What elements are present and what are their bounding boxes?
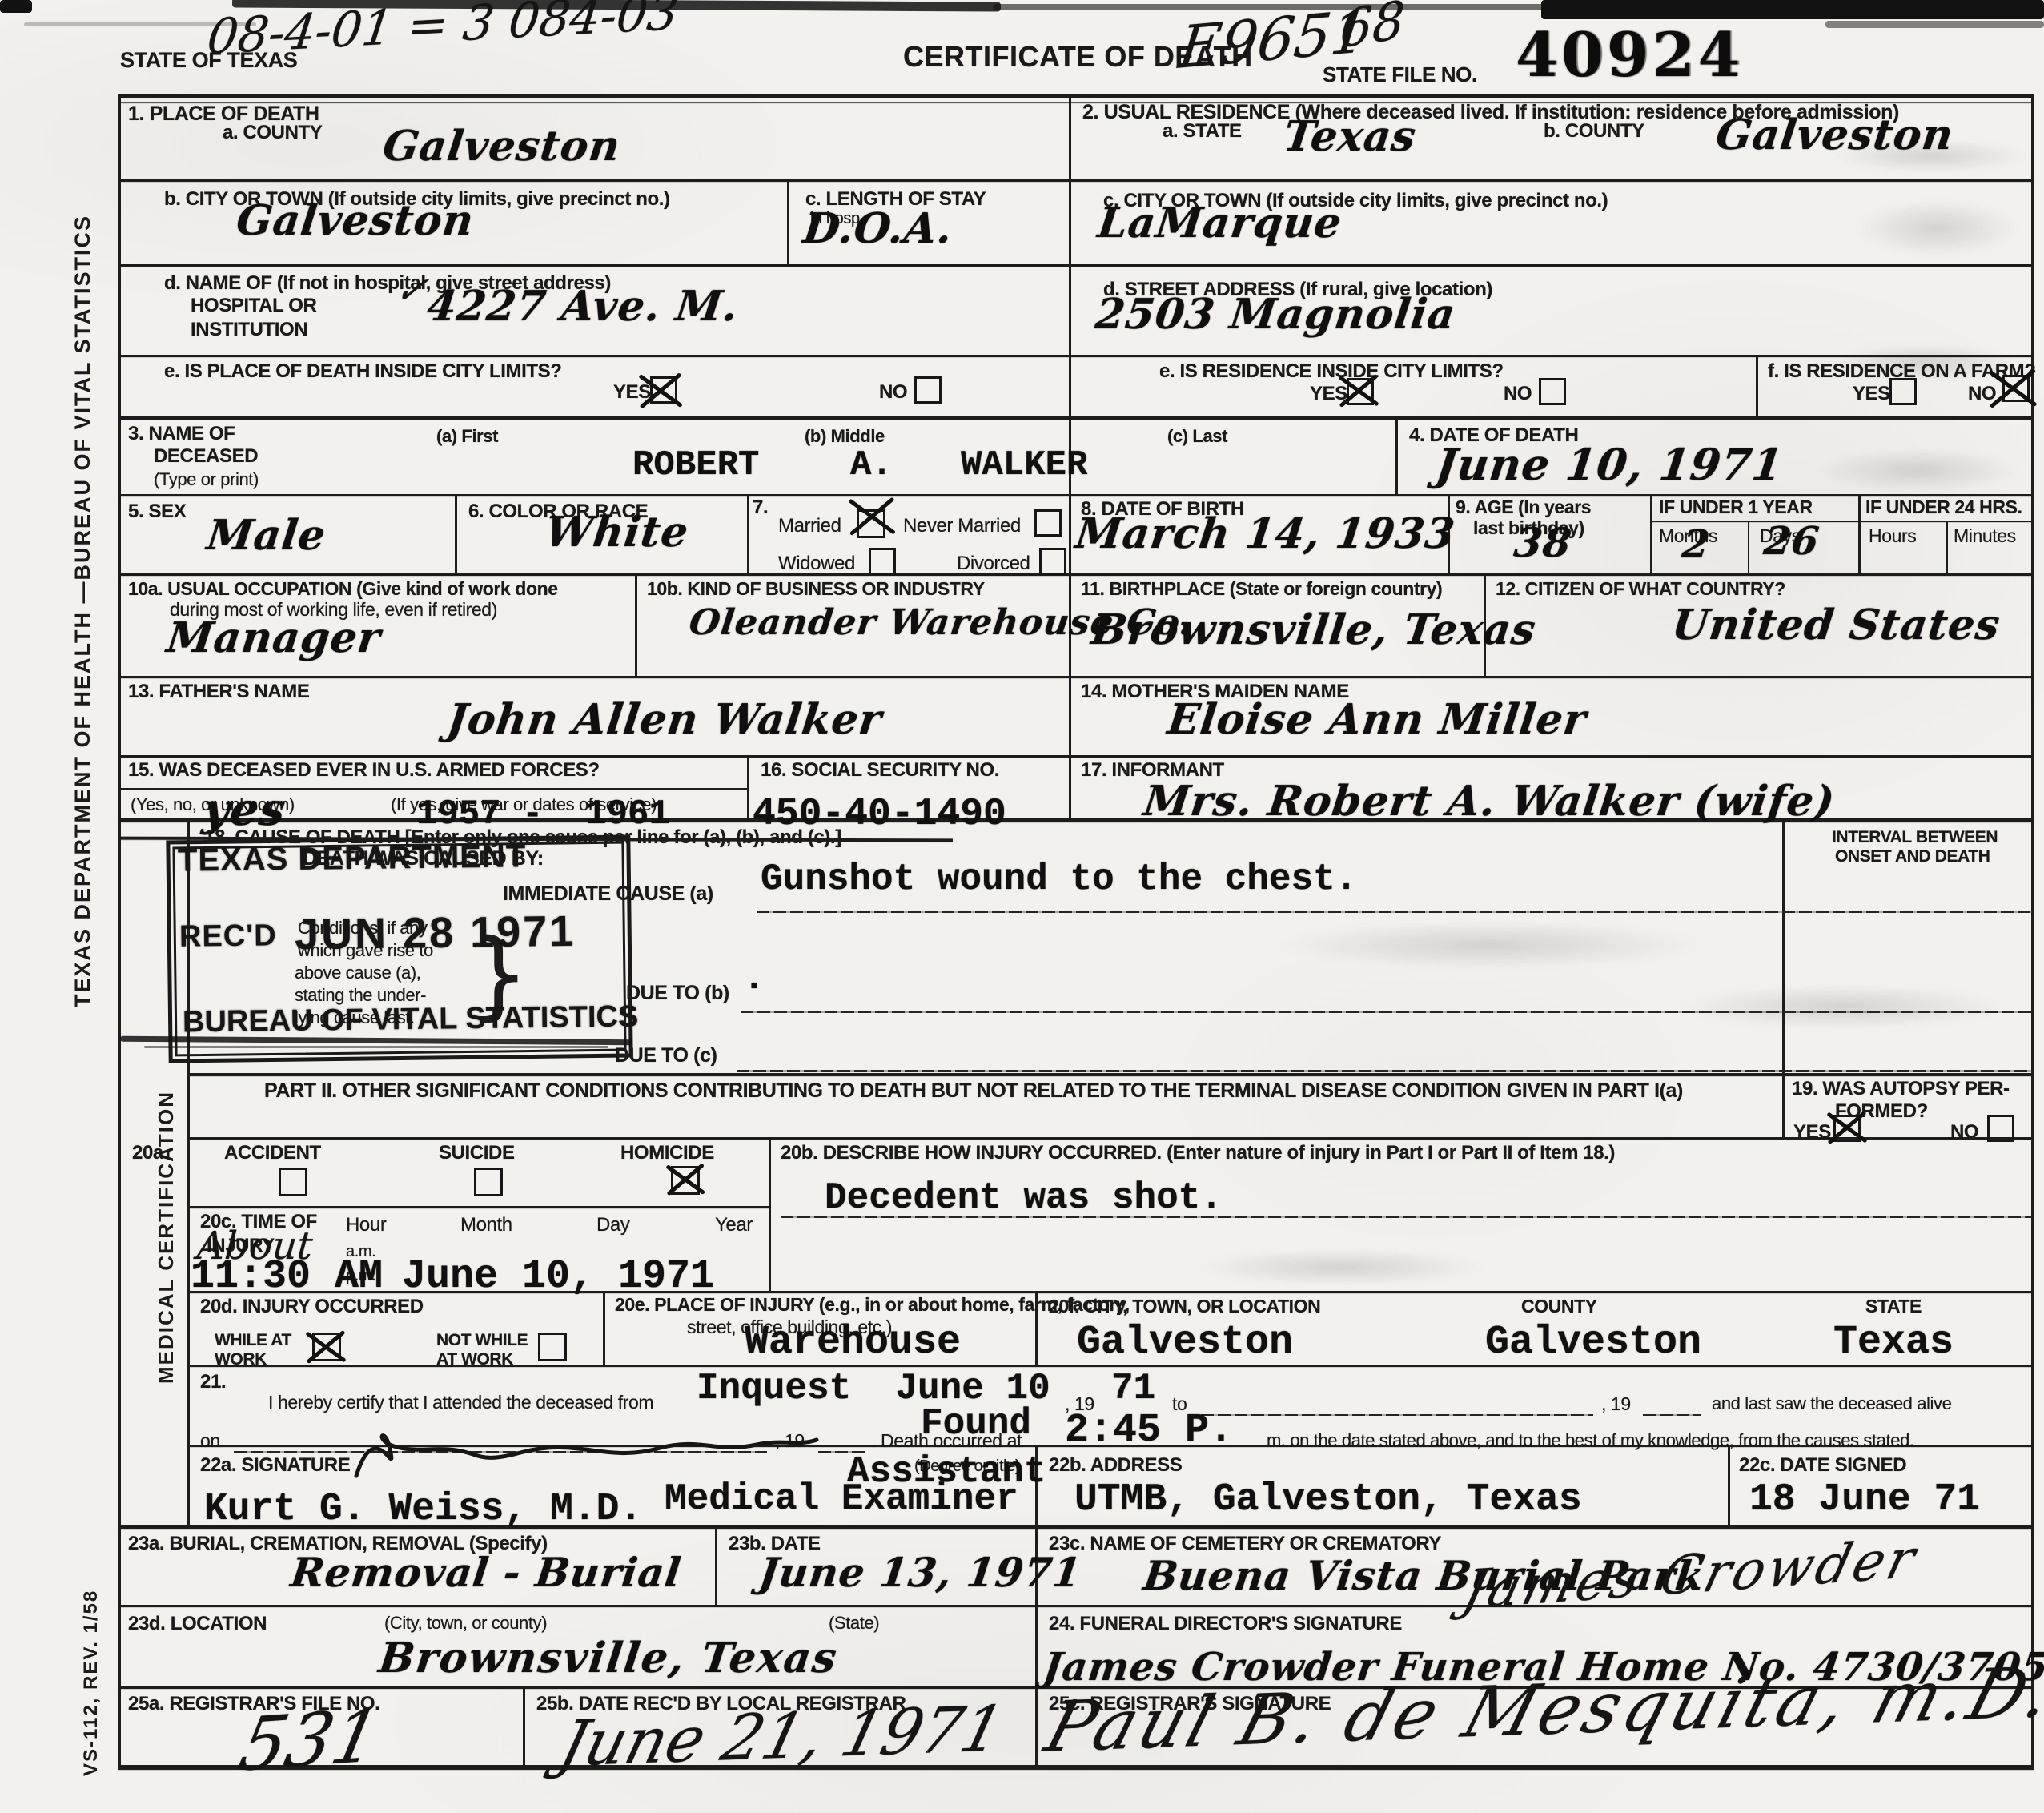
sex-value: Male (204, 511, 329, 560)
date-of-death-value: June 10, 1971 (1433, 439, 1786, 490)
certify-num: 21. (200, 1371, 226, 1393)
armed-forces-label: 15. WAS DECEASED EVER IN U.S. ARMED FORC… (128, 759, 600, 782)
minutes-label: Minutes (1954, 525, 2016, 547)
res-limits-no-checkbox (1539, 378, 1566, 405)
stamp-texas-department: TEXAS DEPARTMENT (178, 838, 527, 878)
rule (118, 1605, 2034, 1607)
form-border-top (118, 94, 2034, 98)
divider (715, 1525, 717, 1605)
autopsy-yes-label: YES (1793, 1121, 1831, 1144)
fill-line-20b (781, 1216, 2032, 1218)
race-value: White (543, 508, 692, 557)
autopsy-yes-xmark (1827, 1107, 1867, 1148)
rule (118, 676, 2034, 678)
accident-label: ACCIDENT (224, 1142, 321, 1164)
fill-line-a (757, 911, 2032, 913)
never-married-label: Never Married (903, 515, 1021, 537)
not-while-label1: NOT WHILE (436, 1331, 528, 1350)
marital-label: 7. (753, 496, 768, 519)
divider (1035, 1605, 1038, 1686)
res-street-value: 2503 Magnolia (1093, 290, 1459, 339)
autopsy-no-checkbox (1987, 1115, 2014, 1142)
stamp-bureau: BUREAU OF VITAL STATISTICS (183, 1000, 639, 1040)
fill-line-b (741, 1011, 2032, 1013)
mother-value: Eloise Ann Miller (1165, 695, 1589, 744)
length-of-stay-value: D.O.A. (801, 204, 956, 253)
fill-line (1201, 1414, 1593, 1416)
certify-tail2: m. on the date stated above, and to the … (1267, 1430, 1914, 1451)
under-24-hrs-label: IF UNDER 24 HRS. (1865, 496, 2022, 518)
registrar-file-value: 531 (232, 1693, 388, 1788)
divider (747, 494, 749, 573)
married-label: Married (778, 515, 841, 537)
examiner-name: Kurt G. Weiss, M.D. (204, 1488, 642, 1531)
date-signed-value: 18 June 71 (1749, 1478, 1980, 1522)
scan-smudge (1541, 0, 2044, 19)
res-county-value: Galveston (1713, 111, 1956, 159)
divider (1035, 1686, 1038, 1765)
bleedthrough-smudge (1857, 200, 2018, 256)
rule (118, 355, 2034, 357)
certify-19b: , 19 (1601, 1393, 1631, 1415)
address-label: 22b. ADDRESS (1049, 1454, 1182, 1477)
divider (747, 755, 749, 818)
accident-checkbox (279, 1168, 307, 1196)
time-of-injury-value: 11:30 AM (191, 1254, 383, 1300)
injury-occurred-label: 20d. INJURY OCCURRED (200, 1296, 424, 1318)
stamp-date: JUN 28 1971 (295, 906, 576, 959)
occupation-value: Manager (164, 613, 384, 662)
burial-date-value: June 13, 1971 (757, 1549, 1084, 1596)
injury-state-value: Texas (1833, 1320, 1954, 1365)
address-value: UTMB, Galveston, Texas (1074, 1478, 1582, 1522)
citizen-value: United States (1669, 601, 2003, 649)
burial-location-sub1: (City, town, or county) (384, 1613, 547, 1634)
burial-location-label: 23d. LOCATION (128, 1613, 267, 1635)
hospital-label3: INSTITUTION (191, 319, 307, 341)
date-of-injury-value: June 10, 1971 (402, 1254, 714, 1300)
part2-label: PART II. OTHER SIGNIFICANT CONDITIONS CO… (264, 1079, 1683, 1103)
found-value: Found (921, 1403, 1031, 1445)
rule (118, 755, 2034, 758)
form-number-vertical-label: VS-112, REV. 1/58 (80, 1590, 102, 1776)
describe-injury-value: Decedent was shot. (825, 1177, 1223, 1219)
death-certificate-scan: STATE OF TEXAS 08-4-01 = 3 084-03 CERTIF… (0, 0, 2044, 1813)
business-label: 10b. KIND OF BUSINESS OR INDUSTRY (647, 578, 985, 600)
funeral-director-signature: James Crowder (1457, 1527, 1925, 1622)
divider (1748, 521, 1749, 573)
state-file-no-label: STATE FILE NO. (1323, 62, 1477, 87)
form-border-left (118, 94, 121, 1768)
last-name-value: WALKER (961, 445, 1087, 485)
place-of-injury-value: Warehouse (745, 1320, 961, 1365)
father-label: 13. FATHER'S NAME (128, 681, 310, 703)
hospital-label2: HOSPITAL OR (191, 295, 316, 317)
father-value: John Allen Walker (444, 695, 885, 744)
ssn-label: 16. SOCIAL SECURITY NO. (761, 759, 999, 782)
first-name-value: ROBERT (632, 445, 759, 485)
pod-limits-no-label: NO (879, 381, 907, 404)
burial-location-value: Brownsville, Texas (376, 1634, 841, 1682)
divider (1946, 521, 1948, 573)
suicide-checkbox (474, 1168, 503, 1196)
month-label: Month (460, 1214, 512, 1236)
pod-limits-label: e. IS PLACE OF DEATH INSIDE CITY LIMITS? (164, 360, 562, 383)
divider (635, 573, 637, 676)
fill-line (1643, 1414, 1701, 1416)
sex-label: 5. SEX (128, 500, 186, 523)
bleedthrough-smudge (1281, 921, 1697, 969)
res-county-label: b. COUNTY (1544, 120, 1644, 143)
rule (118, 573, 2034, 576)
handwritten-code: 08-4-01 = 3 084-03 (204, 0, 681, 66)
res-state-value: Texas (1281, 112, 1419, 161)
burial-value: Removal - Burial (288, 1549, 684, 1596)
bleedthrough-smudge (1681, 985, 2002, 1029)
res-city-value: LaMarque (1095, 199, 1345, 247)
bleedthrough-smudge (1817, 448, 2018, 492)
attended-year-value: 71 (1111, 1368, 1155, 1409)
first-name-label: (a) First (436, 426, 498, 447)
homicide-xmark (666, 1160, 705, 1200)
date-signed-label: 22c. DATE SIGNED (1739, 1454, 1906, 1477)
injury-city-label: 20f. CITY, TOWN, OR LOCATION (1049, 1296, 1320, 1317)
injury-20a-num: 20a. (132, 1142, 168, 1164)
scan-smudge (0, 0, 32, 13)
married-xmark (849, 492, 895, 541)
form-border-right (2031, 94, 2034, 1768)
scan-smudge (1825, 21, 2044, 28)
bleedthrough-smudge (1201, 1249, 1481, 1285)
interval-label1: INTERVAL BETWEEN (1832, 828, 1998, 847)
under-1-year-label: IF UNDER 1 YEAR (1659, 496, 1813, 518)
res-limits-yes-xmark (1339, 370, 1379, 412)
res-farm-yes-label: YES (1853, 383, 1890, 405)
rule (118, 179, 2034, 182)
stamp-smudge (144, 1046, 608, 1048)
name-label2: DECEASED (154, 445, 258, 468)
divider (1395, 416, 1398, 494)
certify-tail1: and last saw the deceased alive (1712, 1393, 1951, 1414)
day-label: Day (596, 1214, 629, 1236)
dept-vertical-label: TEXAS DEPARTMENT OF HEALTH —BUREAU OF VI… (70, 215, 95, 1007)
state-file-number: 40924 (1516, 19, 1743, 90)
signature-label: 22a. SIGNATURE (200, 1454, 350, 1477)
pod-city-value: Galveston (234, 196, 476, 245)
divider (1756, 355, 1758, 416)
suicide-label: SUICIDE (439, 1142, 515, 1164)
not-while-checkbox (538, 1333, 567, 1361)
pod-limits-no-checkbox (914, 376, 942, 404)
citizen-label: 12. CITIZEN OF WHAT COUNTRY? (1496, 578, 1785, 600)
autopsy-label1: 19. WAS AUTOPSY PER- (1792, 1078, 2010, 1100)
res-farm-no-xmark (1989, 362, 2037, 415)
widowed-label: Widowed (778, 553, 855, 575)
injury-state-label: STATE (1865, 1296, 1922, 1317)
divider (455, 494, 457, 573)
injury-city-value: Galveston (1077, 1320, 1293, 1365)
fill-line-c (737, 1070, 2032, 1072)
while-at-work-label2: WORK (215, 1350, 267, 1369)
days-value: 26 (1761, 519, 1822, 564)
rule (187, 1137, 2032, 1140)
examiner-title2: Medical Examiner (665, 1478, 1018, 1520)
hospital-value: 4227 Ave. M. (424, 282, 741, 331)
due-to-b-label: DUE TO (b) (626, 982, 729, 1005)
res-limits-label: e. IS RESIDENCE INSIDE CITY LIMITS? (1159, 360, 1504, 383)
stamp-recd: REC'D (179, 919, 277, 954)
pod-county-value: Galveston (380, 122, 623, 171)
name-label3: (Type or print) (154, 469, 259, 490)
handwritten-68: 68 (1339, 0, 1406, 61)
dob-value: March 14, 1933 (1073, 509, 1458, 558)
res-farm-yes-check (1889, 378, 1917, 405)
divorced-label: Divorced (957, 553, 1030, 575)
burial-location-sub2: (State) (829, 1613, 879, 1634)
while-at-work-xmark (306, 1326, 346, 1368)
divorced-checkbox (1039, 548, 1066, 575)
divider (1782, 818, 1785, 1137)
last-name-label: (c) Last (1167, 426, 1227, 447)
middle-name-label: (b) Middle (805, 426, 885, 447)
not-while-label2: AT WORK (436, 1350, 513, 1369)
middle-name-value: A. (850, 445, 893, 485)
occupation-label1: 10a. USUAL OCCUPATION (Give kind of work… (128, 578, 558, 600)
birthplace-label: 11. BIRTHPLACE (State or foreign country… (1081, 578, 1442, 600)
months-value: 2 (1680, 522, 1713, 567)
while-at-work-label1: WHILE AT (215, 1331, 291, 1350)
widowed-checkbox (869, 548, 896, 575)
divider (1728, 1445, 1730, 1525)
interval-label2: ONSET AND DEATH (1835, 847, 1990, 866)
divider (769, 1137, 771, 1291)
age-value: 38 (1512, 519, 1575, 566)
never-married-checkbox (1034, 509, 1062, 537)
rule (187, 1073, 2032, 1076)
pod-county-label: a. COUNTY (223, 122, 322, 144)
rule-heavy (118, 416, 2034, 420)
injury-county-label: COUNTY (1521, 1296, 1597, 1317)
res-state-label: a. STATE (1163, 120, 1242, 143)
rule (118, 264, 2034, 267)
year-label: Year (715, 1214, 753, 1236)
divider (603, 1291, 605, 1365)
divider (523, 1686, 525, 1765)
certify-on: on (200, 1430, 220, 1452)
hours-label: Hours (1869, 525, 1916, 547)
birthplace-value: Brownsville, Texas (1089, 605, 1539, 654)
rule (187, 1206, 769, 1208)
describe-injury-label: 20b. DESCRIBE HOW INJURY OCCURRED. (Ente… (781, 1142, 1615, 1164)
due-to-b-value: . (743, 958, 765, 999)
pod-limits-yes-xmark (639, 368, 682, 413)
medical-certification-vertical-label: MEDICAL CERTIFICATION (154, 1091, 179, 1384)
divider (1858, 494, 1861, 573)
immediate-cause-value: Gunshot wound to the chest. (761, 858, 1357, 900)
hour-label: Hour (346, 1214, 386, 1236)
informant-value: Mrs. Robert A. Walker (wife) (1141, 777, 1837, 826)
divider (787, 179, 789, 264)
injury-county-value: Galveston (1485, 1320, 1701, 1365)
res-limits-no-label: NO (1504, 383, 1532, 405)
divider (1650, 494, 1652, 573)
autopsy-no-label: NO (1950, 1121, 1978, 1144)
age-label1: 9. AGE (In years (1456, 496, 1591, 518)
name-label1: 3. NAME OF (128, 423, 235, 445)
death-time-value: 2:45 P. (1065, 1408, 1233, 1453)
funeral-director-label: 24. FUNERAL DIRECTOR'S SIGNATURE (1049, 1613, 1402, 1635)
